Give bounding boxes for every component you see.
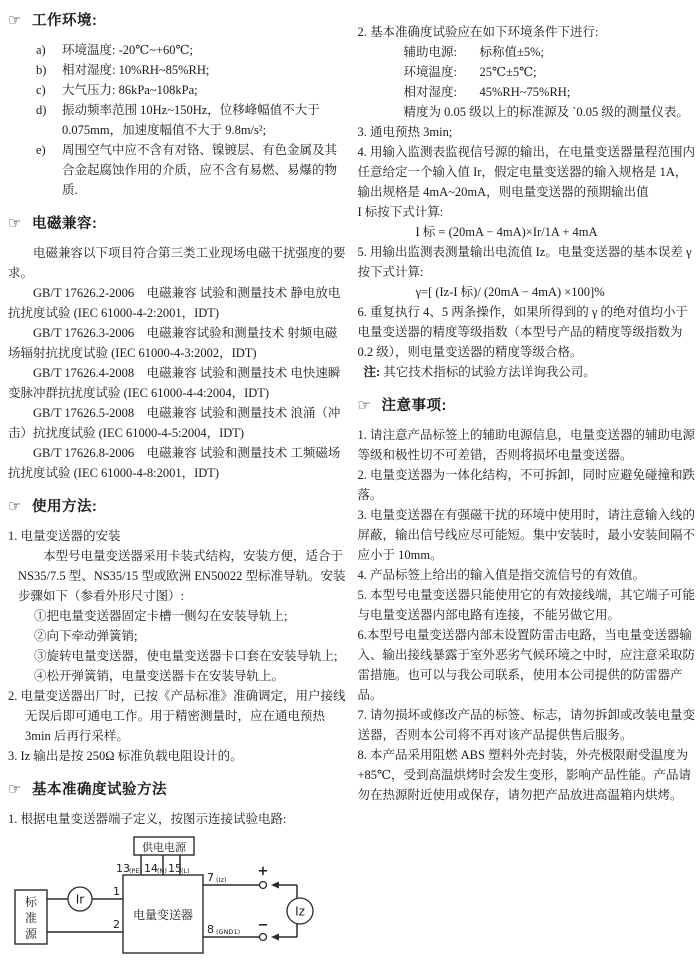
condition-label: 相对湿度: [404, 82, 480, 102]
test-circuit-svg: 供电电源 13 (PE) 14 (N) 15 (L) 电量变送器 标 准 源 [10, 835, 342, 961]
usage-item2: 2. 电量变送器出厂时，已按《产品标准》准确调定，用户接线无误后即可通电工作。用… [8, 686, 346, 746]
notice-item: 6.本型号电量变送器内部未设置防雷击电路，当电量变送器输入、输出接线暴露于室外恶… [358, 625, 696, 705]
usage-item1-head: 1. 电量变送器的安装 [8, 526, 346, 546]
output-terminal-minus [260, 934, 267, 941]
iz-top-arrowhead [271, 882, 279, 889]
work-env-title: 工作环境: [32, 13, 97, 29]
condition-value: 25℃±5℃; [480, 62, 537, 82]
terminal-1: 1 [113, 885, 120, 898]
pointing-hand-icon: ☞ [8, 498, 22, 515]
plus-sign: + [258, 864, 269, 879]
emc-intro: 电磁兼容以下项目符合第三类工业现场电磁干扰强度的要求。 [8, 243, 346, 283]
work-env-item: e) 周围空气中应不含有对铬、镍镀层、有色金属及其合金起腐蚀作用的介质，应不含有… [8, 140, 346, 200]
item-text: 相对湿度: 10%RH~85%RH; [62, 60, 346, 80]
usage-step: ③旋转电量变送器，使电量变送器卡口套在安装导轨上; [8, 646, 346, 666]
terminal-8-sub: (GND1) [216, 928, 240, 936]
ir-meter-label: Ir [76, 893, 85, 907]
usage-step: ②向下牵动弹簧销; [8, 626, 346, 646]
accuracy-item3: 3. 通电预热 3min; [358, 122, 696, 142]
item-text: 周围空气中应不含有对铬、镍镀层、有色金属及其合金起腐蚀作用的介质，应不含有易燃、… [62, 140, 346, 200]
supply-label: 供电电源 [142, 840, 187, 854]
iz-meter-label: Iz [295, 905, 305, 919]
notice-title: 注意事项: [381, 398, 446, 414]
emc-standard: GB/T 17626.5-2008 电磁兼容 试验和测量技术 浪涌（冲击）抗扰度… [8, 403, 346, 443]
minus-sign: − [258, 918, 269, 933]
condition-row: 辅助电源: 标称值±5%; [358, 42, 696, 62]
accuracy-note: 注: 其它技术指标的试验方法详询我公司。 [358, 362, 696, 382]
emc-standard: GB/T 17626.2-2006 电磁兼容 试验和测量技术 静电放电抗扰度试验… [8, 283, 346, 323]
work-env-item: d) 振动频率范围 10Hz~150Hz，位移峰幅值不大于0.075mm，加速度… [8, 100, 346, 140]
item-label: c) [36, 80, 62, 100]
item-label: d) [36, 100, 62, 140]
manual-page: ☞工作环境: a) 环境温度: -20℃~+60℃; b) 相对湿度: 10%R… [0, 0, 700, 973]
condition-value: 标称值±5%; [480, 42, 545, 62]
pointing-hand-icon: ☞ [358, 397, 372, 414]
condition-row: 环境温度: 25℃±5℃; [358, 62, 696, 82]
source-char-3: 源 [25, 927, 38, 941]
accuracy-item2-head: 2. 基本准确度试验应在如下环境条件下进行: [358, 22, 696, 42]
terminal-2: 2 [113, 918, 120, 931]
right-column: 2. 基本准确度试验应在如下环境条件下进行: 辅助电源: 标称值±5%; 环境温… [358, 6, 696, 973]
accuracy-item1: 1. 根据电量变送器端子定义，按图示连接试验电路: [8, 809, 346, 829]
formula-expected-output: I 标 = (20mA − 4mA)×Ir/1A + 4mA [358, 222, 696, 242]
source-char-1: 标 [25, 894, 38, 909]
accuracy-item4b: I 标按下式计算: [358, 202, 696, 222]
item-text: 环境温度: -20℃~+60℃; [62, 40, 346, 60]
notice-item: 7. 请勿损坏或修改产品的标签、标志，请勿拆卸或改装电量变送器，否则本公司将不再… [358, 705, 696, 745]
section-heading-emc: ☞电磁兼容: [8, 213, 346, 235]
accuracy-item6: 6. 重复执行 4、5 两条操作，如果所得到的 γ 的绝对值均小于电量变送器的精… [358, 302, 696, 362]
note-label: 注: [364, 365, 381, 379]
pointing-hand-icon: ☞ [8, 215, 22, 232]
terminal-15: 15 [168, 862, 182, 875]
condition-label: 辅助电源: [404, 42, 480, 62]
source-char-2: 准 [25, 910, 37, 925]
pointing-hand-icon: ☞ [8, 781, 22, 798]
usage-item3: 3. Iz 输出是按 250Ω 标准负载电阻设计的。 [8, 746, 346, 766]
accuracy-item4: 4. 用输入监测表监视信号源的输出，在电量变送器量程范围内任意给定一个输入值 I… [358, 142, 696, 202]
notice-item: 2. 电量变送器为一体化结构，不可拆卸，同时应避免碰撞和跌落。 [358, 465, 696, 505]
work-env-item: a) 环境温度: -20℃~+60℃; [8, 40, 346, 60]
terminal-13-sub: (PE) [129, 867, 142, 875]
section-heading-notice: ☞注意事项: [358, 395, 696, 417]
note-text: 其它技术指标的试验方法详询我公司。 [383, 365, 596, 379]
condition-row: 相对湿度: 45%RH~75%RH; [358, 82, 696, 102]
condition-label: 环境温度: [404, 62, 480, 82]
transducer-label: 电量变送器 [133, 907, 193, 922]
item-label: b) [36, 60, 62, 80]
terminal-14: 14 [144, 862, 158, 875]
usage-step: ④松开弹簧销，电量变送器卡在安装导轨上。 [8, 666, 346, 686]
item-text: 大气压力: 86kPa~108kPa; [62, 80, 346, 100]
output-terminal-plus [260, 882, 267, 889]
usage-item1-body: 本型号电量变送器采用卡装式结构，安装方便，适合于NS35/7.5 型、NS35/… [8, 546, 346, 606]
terminal-15-sub: (L) [181, 867, 190, 875]
iz-bottom-arrowhead [271, 934, 279, 941]
terminal-7: 7 [207, 871, 214, 884]
emc-standard: GB/T 17626.4-2008 电磁兼容 试验和测量技术 电快速瞬变脉冲群抗… [8, 363, 346, 403]
work-env-item: b) 相对湿度: 10%RH~85%RH; [8, 60, 346, 80]
item-label: e) [36, 140, 62, 200]
formula-basic-error: γ=[ (Iz-I 标)/ (20mA − 4mA) ×100]% [358, 282, 696, 302]
emc-title: 电磁兼容: [32, 216, 97, 232]
emc-standard: GB/T 17626.8-2006 电磁兼容 试验和测量技术 工频磁场抗扰度试验… [8, 443, 346, 483]
notice-item: 4. 产品标签上给出的输入值是指交流信号的有效值。 [358, 565, 696, 585]
condition-value: 45%RH~75%RH; [480, 82, 571, 102]
section-heading-work-env: ☞工作环境: [8, 10, 346, 32]
terminal-7-sub: (Iz) [216, 876, 226, 884]
terminal-8: 8 [207, 923, 214, 936]
notice-item: 3. 电量变送器在有强磁干扰的环境中使用时，请注意输入线的屏蔽，输出信号线应尽可… [358, 505, 696, 565]
test-circuit-diagram: 供电电源 13 (PE) 14 (N) 15 (L) 电量变送器 标 准 源 [10, 835, 346, 967]
terminal-14-sub: (N) [157, 867, 167, 875]
section-heading-accuracy: ☞基本准确度试验方法 [8, 779, 346, 801]
item-label: a) [36, 40, 62, 60]
item-text: 振动频率范围 10Hz~150Hz，位移峰幅值不大于0.075mm，加速度幅值不… [62, 100, 346, 140]
notice-item: 1. 请注意产品标签上的辅助电源信息，电量变送器的辅助电源等级和极性切不可差错，… [358, 425, 696, 465]
terminal-13: 13 [116, 862, 130, 875]
notice-item: 8. 本产品采用阻燃 ABS 塑料外壳封装，外壳极限耐受温度为+85℃，受到高温… [358, 745, 696, 805]
condition-last: 精度为 0.05 级以上的标准源及 `0.05 级的测量仪表。 [358, 102, 696, 122]
usage-step: ①把电量变送器固定卡槽一侧勾在安装导轨上; [8, 606, 346, 626]
pointing-hand-icon: ☞ [8, 12, 22, 29]
accuracy-item5: 5. 用输出监测表测量输出电流值 Iz。电量变送器的基本误差 γ 按下式计算: [358, 242, 696, 282]
notice-item: 5. 本型号电量变送器只能使用它的有效接线端，其它端子可能与电量变送器内部电路有… [358, 585, 696, 625]
accuracy-title: 基本准确度试验方法 [32, 782, 167, 798]
left-column: ☞工作环境: a) 环境温度: -20℃~+60℃; b) 相对湿度: 10%R… [8, 6, 346, 973]
usage-title: 使用方法: [32, 499, 97, 515]
work-env-item: c) 大气压力: 86kPa~108kPa; [8, 80, 346, 100]
emc-standard: GB/T 17626.3-2006 电磁兼容试验和测量技术 射频电磁场辐射抗扰度… [8, 323, 346, 363]
section-heading-usage: ☞使用方法: [8, 496, 346, 518]
